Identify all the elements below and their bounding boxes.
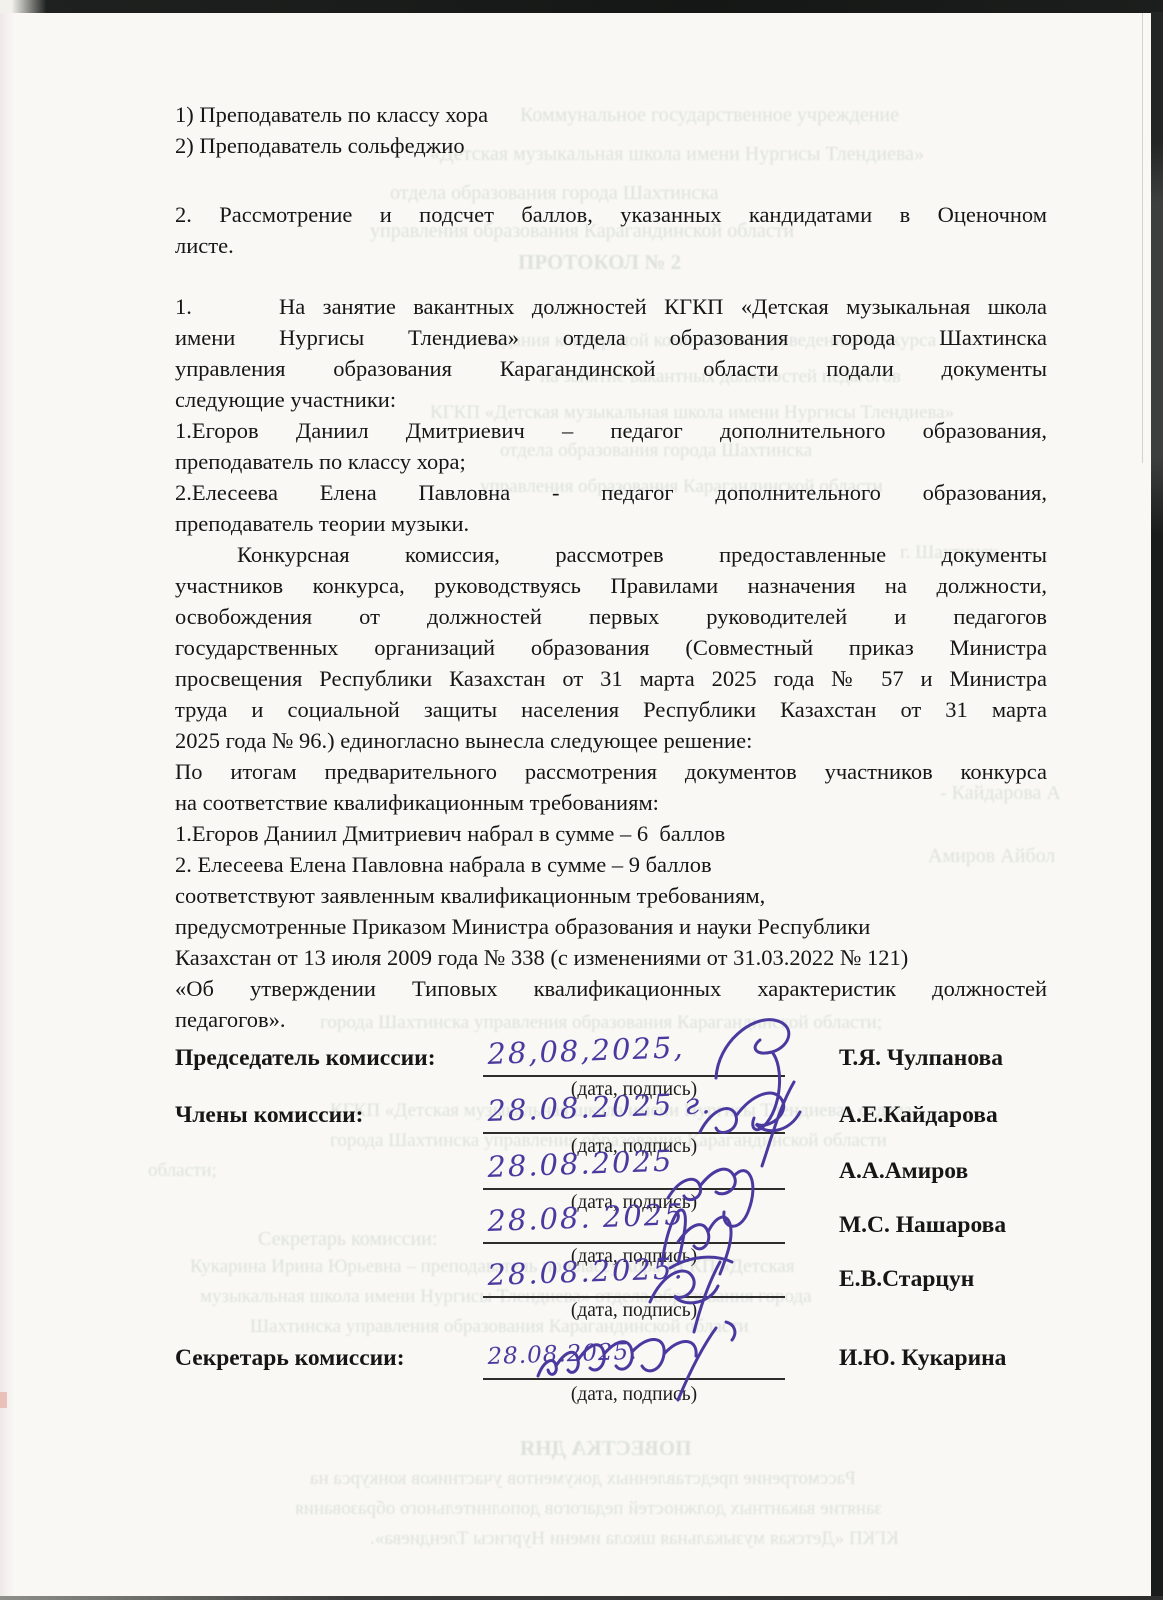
bleedthrough-text: КГКП «Детская музыкальная школа имени Ну… [370,1528,899,1550]
bleedthrough-text: занятие вакантных должностей педагогов д… [295,1498,882,1520]
handwritten-date: 28.08.2025 [487,1144,674,1184]
text-line: 2. Рассмотрение и подсчет баллов, указан… [175,199,1047,230]
text-line: просвещения Республики Казахстан от 31 м… [175,663,1047,694]
text-line: участников конкурса, руководствуясь Прав… [175,570,1047,601]
text-line: 2025 года № 96.) единогласно вынесла сле… [175,725,1047,756]
text-line [175,161,1047,199]
text-line: 1.Егоров Даниил Дмитриевич набрал в сумм… [175,818,1047,849]
paper-fold-line [1142,13,1143,463]
text-line [175,261,1047,291]
text-line: 2. Елесеева Елена Павловна набрала в сум… [175,849,1047,880]
text-line: «Об утверждении Типовых квалификационных… [175,973,1047,1004]
text-line: 1.Егоров Даниил Дмитриевич – педагог доп… [175,415,1047,446]
bleedthrough-text: Секретарь комиссии: [258,1228,437,1251]
text-line: освобождения от должностей первых руково… [175,601,1047,632]
scan-edge-bottom [0,1596,1163,1600]
text-line: труда и социальной защиты населения Респ… [175,694,1047,725]
text-line: 2) Преподаватель сольфеджио [175,130,1047,161]
text-line: преподаватель теории музыки. [175,508,1047,539]
scan-color-artifact [0,1392,7,1408]
text-line: Конкурсная комиссия, рассмотрев предоста… [175,539,1047,570]
text-line: педагогов». [175,1004,1047,1035]
text-line: Казахстан от 13 июля 2009 года № 338 (с … [175,942,1047,973]
text-line: 1. На занятие вакантных должностей КГКП … [175,291,1047,322]
signature-row-label: Секретарь комиссии: [175,1345,405,1372]
commission-member-name: А.А.Амиров [839,1158,968,1185]
text-line: следующие участники: [175,384,1047,415]
handwritten-signature-icon [530,1312,840,1407]
commission-member-name: Е.В.Старцун [839,1266,974,1293]
text-line: имени Нургисы Тлендиева» отдела образова… [175,322,1047,353]
commission-member-name: А.Е.Кайдарова [839,1102,998,1129]
text-line: преподаватель по классу хора; [175,446,1047,477]
scanned-document-page: Коммунальное государственное учреждение«… [0,0,1163,1600]
text-line: управления образования Карагандинской об… [175,353,1047,384]
text-line: листе. [175,230,1047,261]
commission-member-name: М.С. Нашарова [839,1212,1006,1239]
commission-member-name: Т.Я. Чулпанова [839,1045,1003,1072]
text-line: 1) Преподаватель по классу хора [175,99,1047,130]
text-line: государственных организаций образования … [175,632,1047,663]
text-line: соответствуют заявленным квалификационны… [175,880,1047,911]
handwritten-date: 28,08,2025, [487,1030,685,1071]
scan-edge-left [0,13,14,1596]
text-line: По итогам предварительного рассмотрения … [175,756,1047,787]
scan-edge-top [0,0,1163,13]
signature-row-label: Председатель комиссии: [175,1045,436,1072]
signature-row-label: Члены комиссии: [175,1102,363,1129]
text-line: на соответствие квалификационным требова… [175,787,1047,818]
bleedthrough-text: области; [148,1160,217,1182]
scan-edge-right [1151,12,1163,1600]
commission-member-name: И.Ю. Кукарина [839,1345,1006,1372]
text-line: 2.Елесеева Елена Павловна - педагог допо… [175,477,1047,508]
document-body-text: 1) Преподаватель по классу хора2) Препод… [175,99,1047,1035]
bleedthrough-text: Рассмотрение представленных документов у… [310,1468,856,1490]
text-line: предусмотренные Приказом Министра образо… [175,911,1047,942]
bleedthrough-text: ПОВЕСТКА ДНЯ [520,1436,691,1461]
